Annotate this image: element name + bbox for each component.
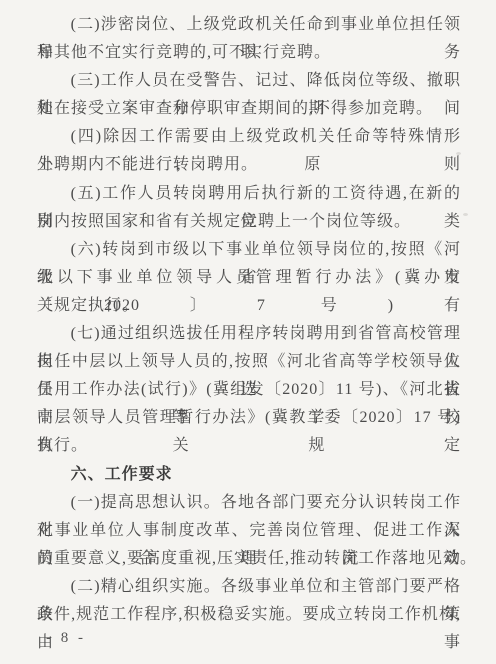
scan-artifact: [463, 213, 468, 216]
text-line: 的重要意义,要高度重视,压实责任,推动转岗工作落地见效。: [37, 545, 461, 573]
text-line: 级以下事业单位领导人员管理暂行办法》(冀办发〔2020〕7 号)有: [37, 264, 461, 292]
text-line: 任用工作办法(试行)》(冀组发〔2020〕11 号)、《河北省高等学校: [37, 376, 461, 404]
text-line: 别内按照国家和省有关规定竞聘上一个岗位等级。: [37, 208, 461, 236]
text-line: (四)除因工作需要由上级党政机关任命等特殊情形外,原则: [37, 123, 461, 151]
text-line: (五)工作人员转岗聘用后执行新的工资待遇,在新的岗位类: [37, 180, 461, 208]
document-page: (二)涉密岗位、上级党政机关任命到事业单位担任领导职务 和其他不宜实行竞聘的,可…: [0, 0, 496, 664]
scan-artifact: [456, 152, 461, 155]
page-number: - 8 -: [46, 630, 86, 647]
text-line: (三)工作人员在受警告、记过、降低岗位等级、撤职处分期间: [37, 67, 461, 95]
text-line: 担任中层以上领导人员的,按照《河北省高等学校领导人员选拔: [37, 348, 461, 376]
text-line: 化事业单位人事制度改革、完善岗位管理、促进工作人员合理流动: [37, 517, 461, 545]
text-line: 条件,规范工作程序,积极稳妥实施。要成立转岗工作机构,由事: [37, 601, 461, 629]
text-line: 和在接受立案审查和停职审查期间的,不得参加竞聘。: [37, 95, 461, 123]
text-line: (一)提高思想认识。各地各部门要充分认识转岗工作对深: [37, 489, 461, 517]
section-heading: 六、工作要求: [37, 461, 461, 489]
document-body: (二)涉密岗位、上级党政机关任命到事业单位担任领导职务 和其他不宜实行竞聘的,可…: [37, 11, 461, 629]
text-line: 中层领导人员管理暂行办法》(冀教工委〔2020〕17 号)有关规定: [37, 404, 461, 432]
text-line: (二)精心组织实施。各级事业单位和主管部门要严格政策: [37, 573, 461, 601]
text-line: (二)涉密岗位、上级党政机关任命到事业单位担任领导职务: [37, 11, 461, 39]
text-line: (六)转岗到市级以下事业单位领导岗位的,按照《河北省市: [37, 236, 461, 264]
text-line: (七)通过组织选拔任用程序转岗聘用到省管高校管理岗位: [37, 320, 461, 348]
